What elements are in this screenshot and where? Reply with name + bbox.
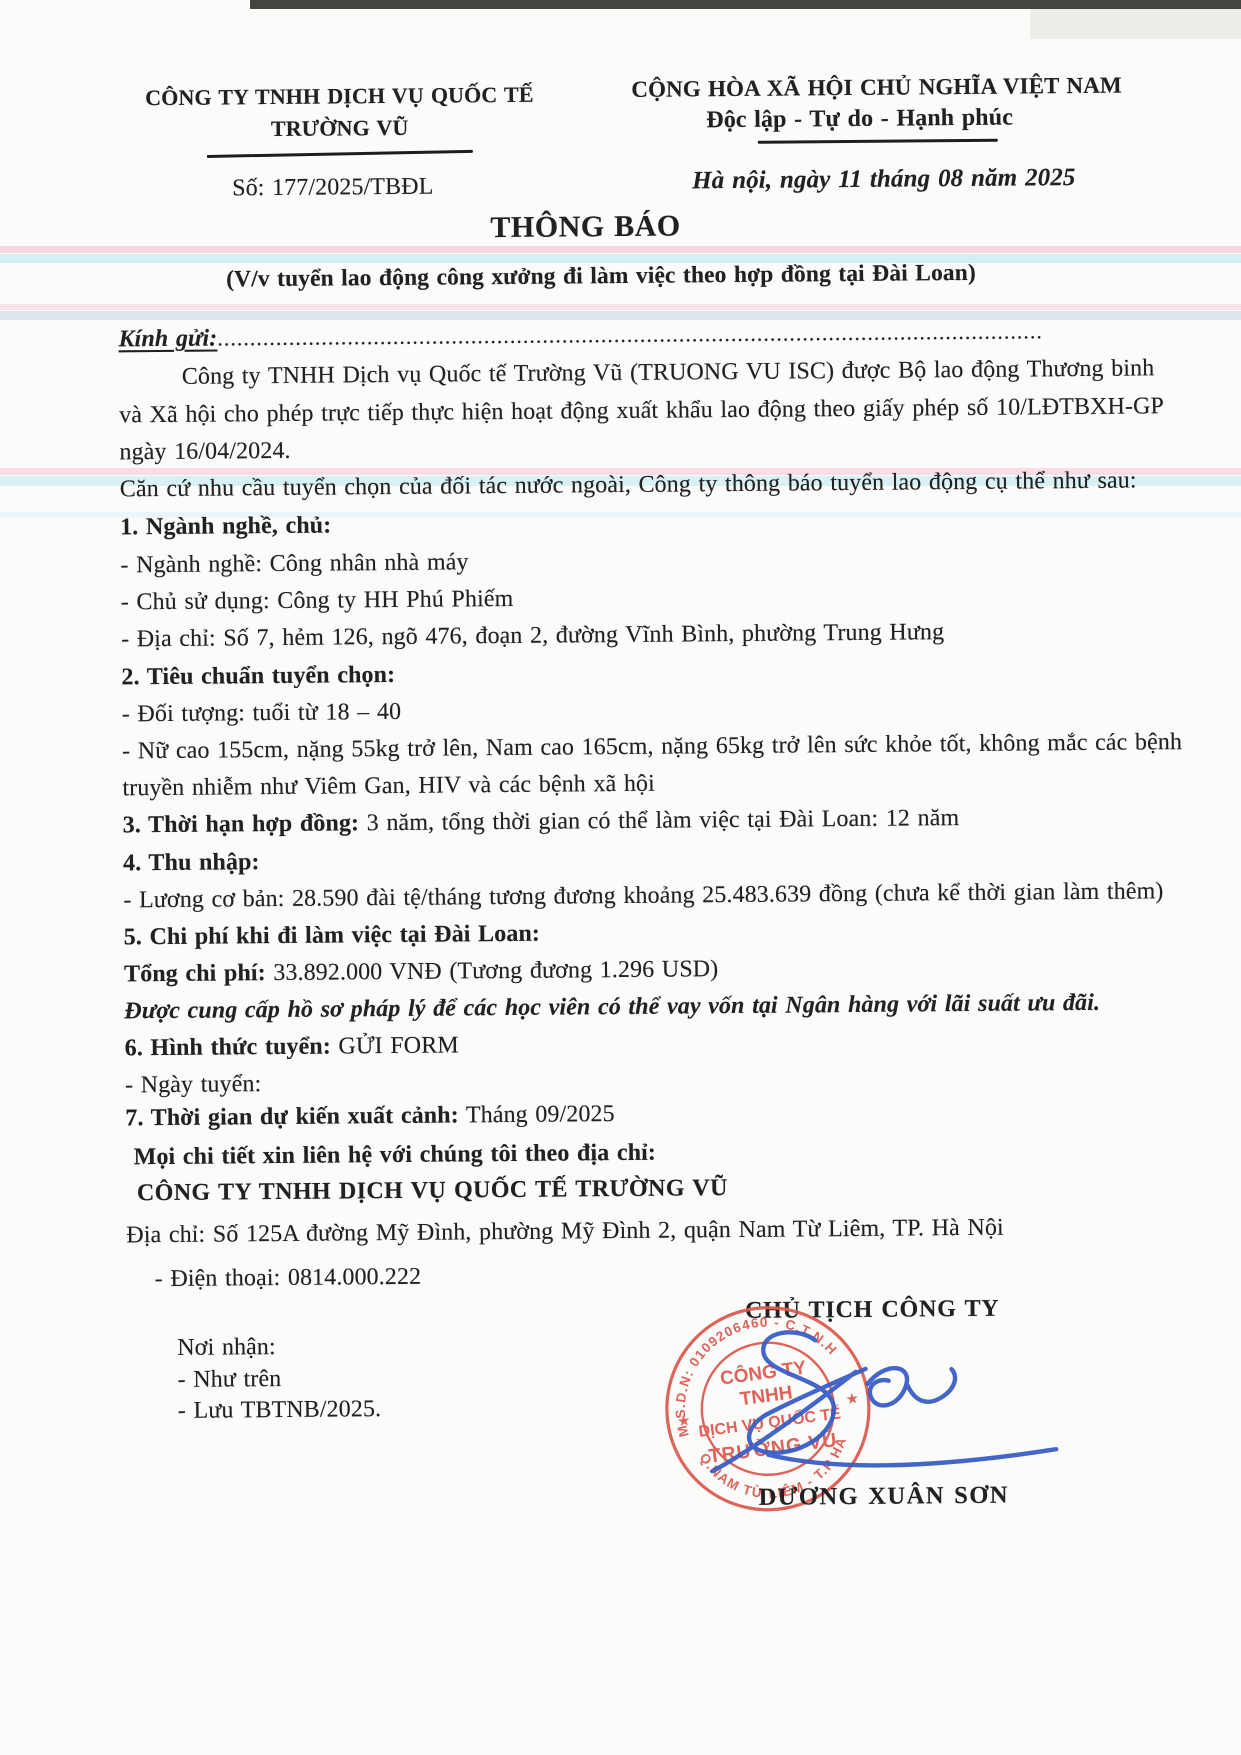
section3-text: 3 năm, tổng thời gian có thể làm việc tạ… [359,805,959,836]
section2-item-the-chat-2: truyền nhiễm như Viêm Gan, HIV và các bệ… [122,769,655,804]
section6-text: GỬI FORM [331,1032,459,1059]
recipient-item-2: - Lưu TBTNB/2025. [178,1394,382,1426]
section5-heading: 5. Chi phí khi đi làm việc tại Đài Loan: [124,919,540,953]
section2-heading: 2. Tiêu chuẩn tuyển chọn: [121,660,395,692]
intro-line-3: ngày 16/04/2024. [119,436,290,467]
section7-line: 7. Thời gian dự kiến xuất cảnh: Tháng 09… [125,1099,615,1133]
page-title: THÔNG BÁO [0,203,1176,251]
section4-heading: 4. Thu nhập: [123,847,260,878]
section1-item-nganh-nghe: - Ngành nghề: Công nhân nhà máy [120,547,468,580]
section6-label: 6. Hình thức tuyển: [125,1034,331,1062]
signature-tail-stroke [768,1449,1056,1466]
section3-label: 3. Thời hạn hợp đồng: [123,810,360,838]
issuer-underline [207,150,473,158]
place-date-line: Hà nội, ngày 11 tháng 08 năm 2025 [692,162,1076,197]
section5-total-label: Tổng chi phí: [124,960,266,987]
signature-main-loop [748,1332,866,1453]
republic-motto-line2: Độc lập - Tự do - Hạnh phúc [659,102,1059,135]
section5-total-line: Tổng chi phí: 33.892.000 VNĐ (Tương đươn… [124,954,718,989]
republic-motto-line1: CỘNG HÒA XÃ HỘI CHỦ NGHĨA VIỆT NAM [631,72,1122,105]
document-sheet: CÔNG TY TNHH DỊCH VỤ QUỐC TẾ TRƯỜNG VŨ S… [0,0,1241,1755]
section6-line: 6. Hình thức tuyển: GỬI FORM [125,1030,459,1063]
intro-line-4: Căn cứ nhu cầu tuyển chọn của đối tác nư… [120,465,1137,504]
section4-item-luong: - Lương cơ bản: 28.590 đài tệ/tháng tươn… [123,876,1163,915]
section1-item-chu-su-dung: - Chủ sử dụng: Công ty HH Phú Phiếm [121,584,514,617]
salutation: Kính gửi:...............................… [118,316,1043,354]
section2-item-doi-tuong: - Đối tượng: tuổi từ 18 – 40 [122,697,402,729]
section7-text: Tháng 09/2025 [459,1101,615,1128]
doc-number: Số: 177/2025/TBĐL [232,172,433,204]
section5-total-text: 33.892.000 VNĐ (Tương đương 1.296 USD) [266,956,719,986]
signature-n-stroke [908,1369,956,1402]
section3-line: 3. Thời hạn hợp đồng: 3 năm, tổng thời g… [123,803,960,840]
contact-intro: Mọi chi tiết xin liên hệ với chúng tôi t… [134,1138,657,1173]
subject-line: (V/v tuyển lao động công xưởng đi làm vi… [0,257,1206,297]
recipients-label: Nơi nhận: [177,1332,276,1363]
section2-item-the-chat-1: - Nữ cao 155cm, nặng 55kg trở lên, Nam c… [122,727,1182,766]
contact-company: CÔNG TY TNHH DỊCH VỤ QUỐC TẾ TRƯỜNG VŨ [137,1173,728,1208]
issuer-company-line1: CÔNG TY TNHH DỊCH VỤ QUỐC TẾ [139,81,539,112]
section1-heading: 1. Ngành nghề, chủ: [120,511,331,543]
contact-phone: - Điện thoại: 0814.000.222 [155,1262,422,1294]
contact-address: Địa chỉ: Số 125A đường Mỹ Đình, phường M… [126,1213,1004,1251]
signature-o-loop [868,1368,908,1406]
stamp-star-left-icon: ★ [676,1412,692,1431]
section6-item-ngay-tuyen: - Ngày tuyển: [125,1069,262,1100]
intro-line-2: và Xã hội cho phép trực tiếp thực hiện h… [119,391,1164,430]
motto-underline [758,139,998,144]
dotted-leader: ........................................… [217,318,1043,350]
section7-label: 7. Thời gian dự kiến xuất cảnh: [125,1102,459,1131]
signature-scribble [697,1322,1078,1485]
issuer-company-line2: TRƯỜNG VŨ [140,113,540,144]
section5-loan-note: Được cung cấp hồ sơ pháp lý để các học v… [124,988,1100,1027]
salutation-label: Kính gửi: [118,326,217,353]
recipient-item-1: - Như trên [177,1364,281,1395]
section1-item-dia-chi: - Địa chỉ: Số 7, hẻm 126, ngõ 476, đoạn … [121,617,944,654]
signer-name: DƯƠNG XUÂN SƠN [759,1481,1010,1514]
intro-line-1: Công ty TNHH Dịch vụ Quốc tế Trường Vũ (… [182,353,1155,391]
